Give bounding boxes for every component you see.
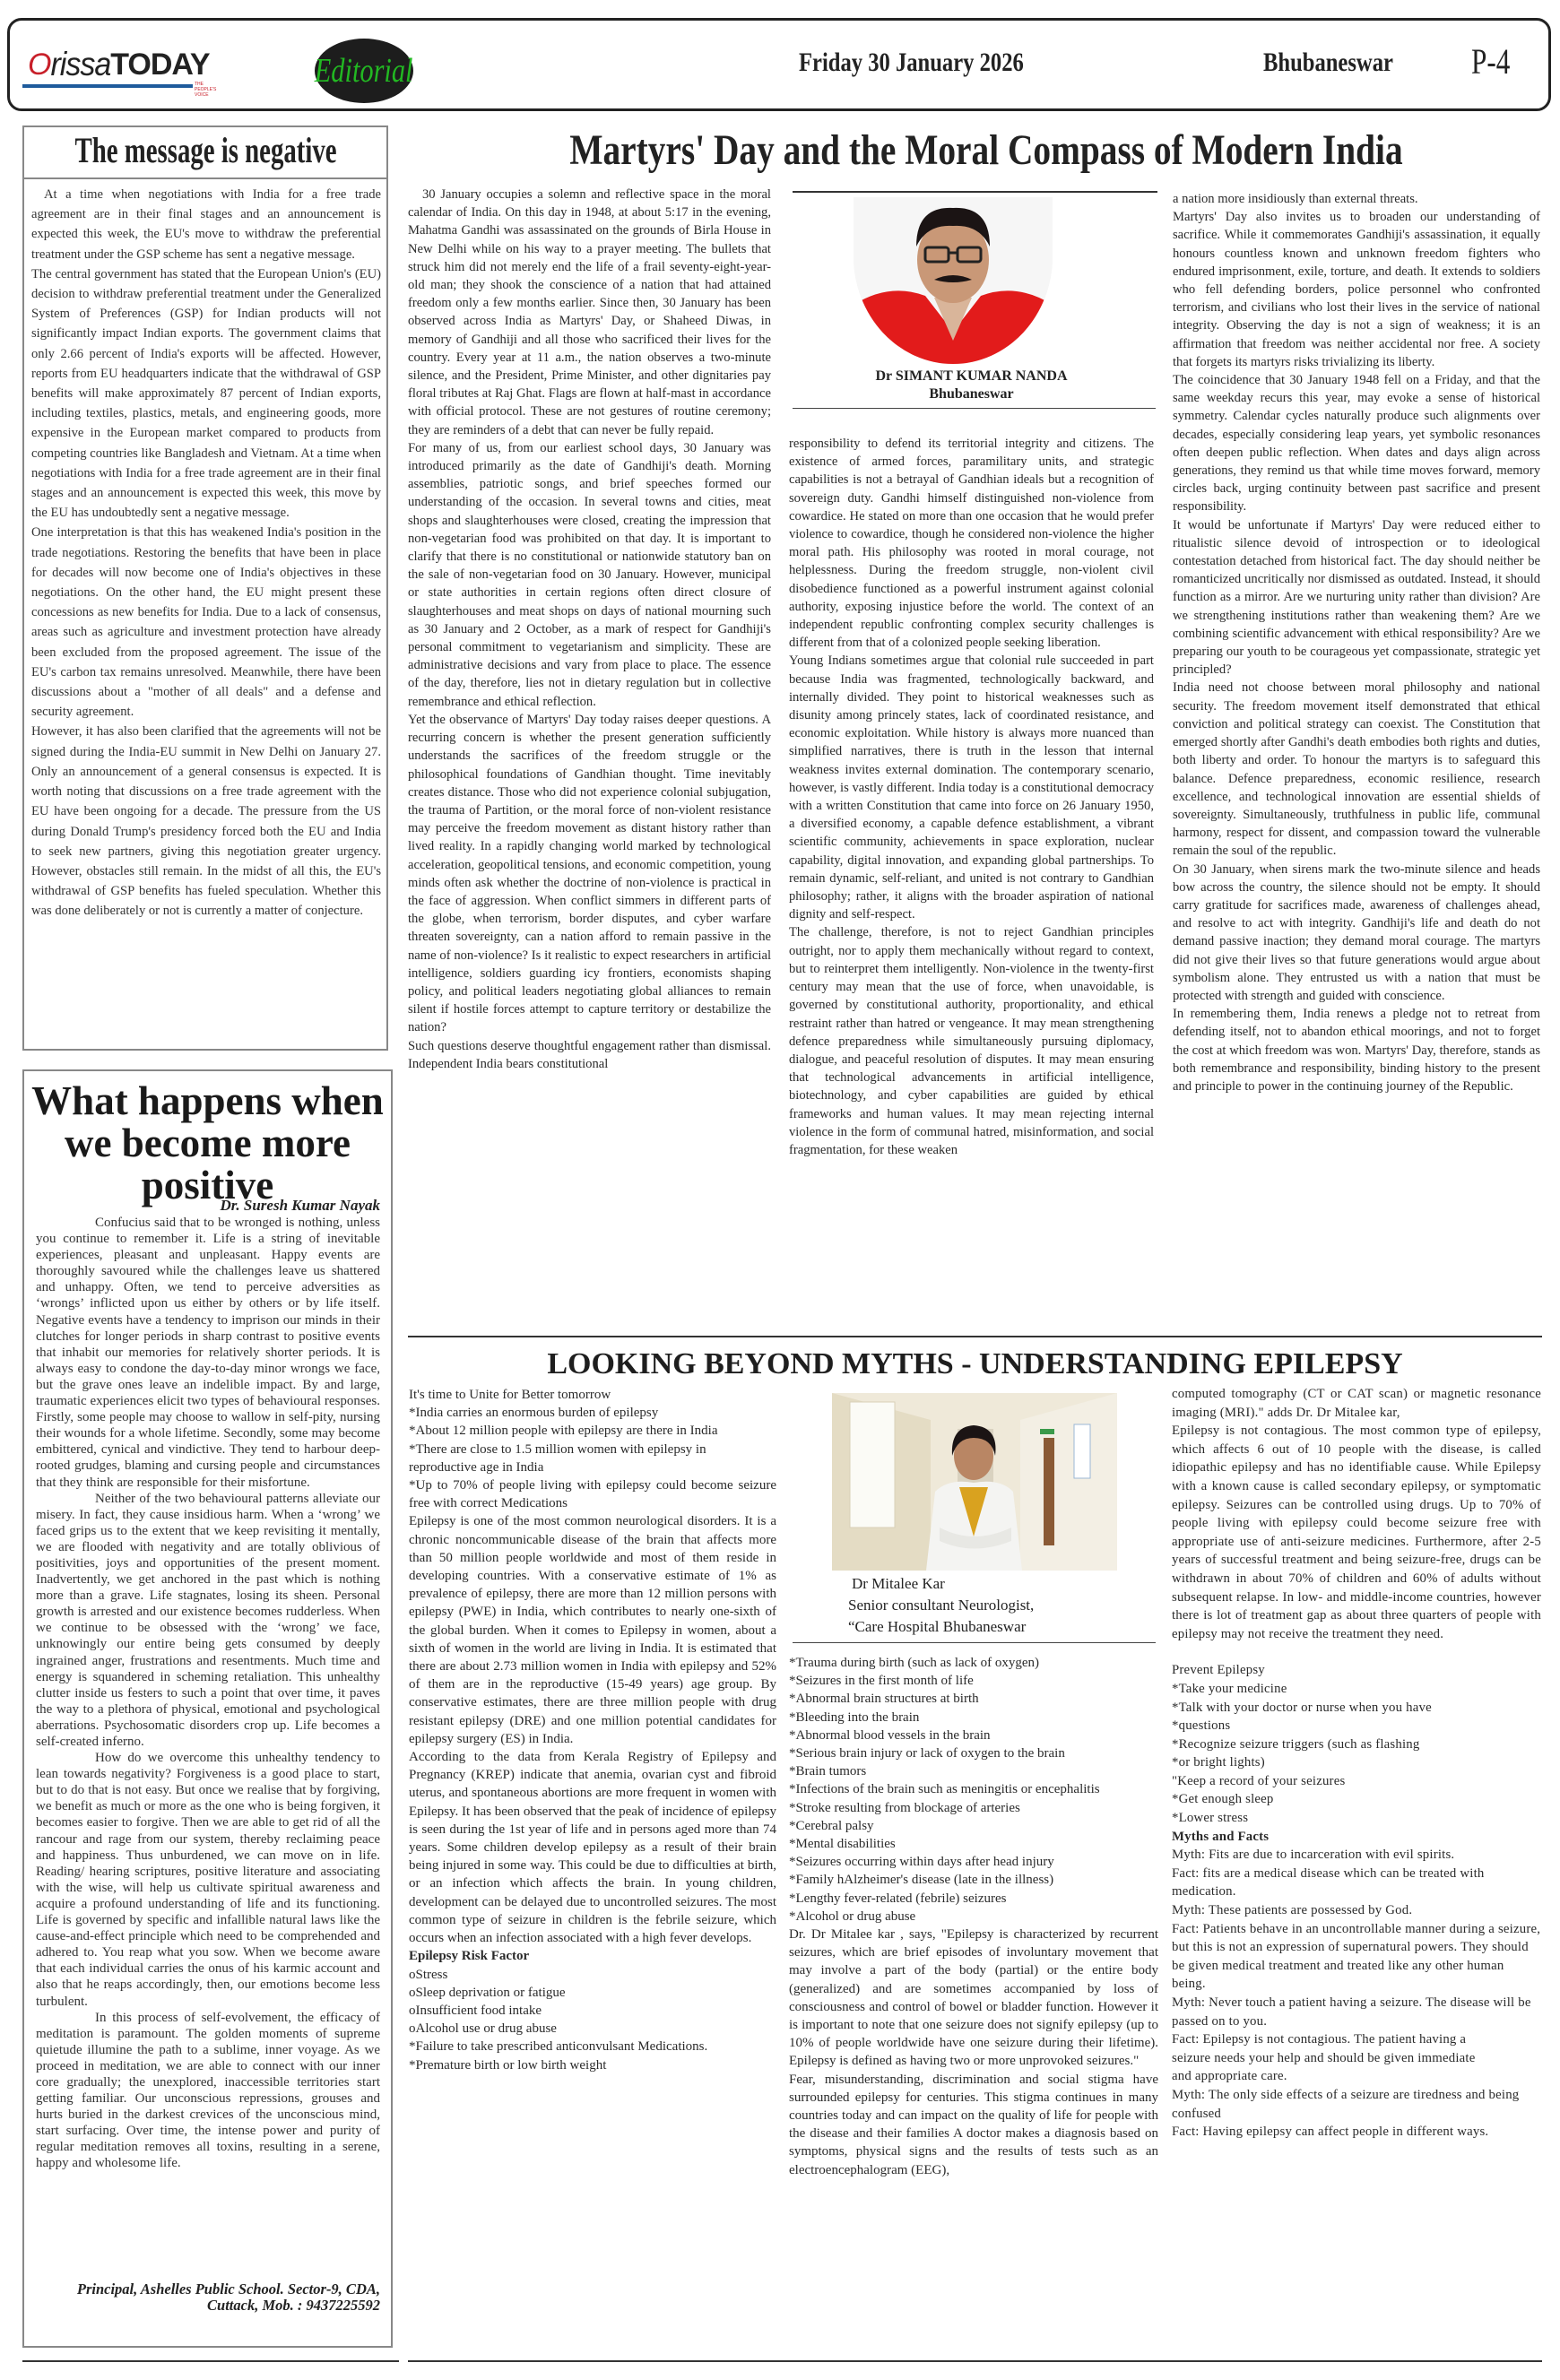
paragraph: India need not choose between moral phil…: [1173, 679, 1540, 860]
paragraph: Martyrs' Day also invites us to broaden …: [1173, 208, 1540, 371]
prevent-item: *questions: [1172, 1717, 1541, 1735]
paragraph: Dr. Dr Mitalee kar , says, "Epilepsy is …: [789, 1926, 1158, 2071]
intro-line: It's time to Unite for Better tomorrow: [409, 1386, 776, 1404]
author-name: Dr SIMANT KUMAR NANDA: [789, 368, 1154, 385]
doctor-portrait-icon: [832, 1393, 1117, 1571]
doctor-name: Dr Mitalee Kar: [848, 1573, 1034, 1595]
cause-item: *Brain tumors: [789, 1762, 1158, 1780]
cause-item: *Lengthy fever-related (febrile) seizure…: [789, 1890, 1158, 1908]
divider: [793, 1642, 1156, 1643]
prevent-item: "Keep a record of your seizures: [1172, 1772, 1541, 1791]
myth-fact-item: Myth: The only side effects of a seizure…: [1172, 2086, 1541, 2123]
divider: [793, 408, 1156, 409]
martyrs-author-credit: Dr SIMANT KUMAR NANDA Bhubaneswar: [789, 368, 1154, 403]
paragraph: responsibility to defend its territorial…: [789, 435, 1154, 652]
author-portrait-icon: [854, 197, 1053, 364]
paragraph: Confucius said that to be wronged is not…: [36, 1215, 380, 1491]
myths-heading: Myths and Facts: [1172, 1828, 1541, 1847]
doctor-hospital: “Care Hospital Bhubaneswar: [848, 1616, 1034, 1638]
risk-factor-item: *Premature birth or low birth weight: [409, 2056, 776, 2074]
paragraph: On 30 January, when sirens mark the two-…: [1173, 861, 1540, 1006]
martyrs-column-3: a nation more insidiously than external …: [1173, 190, 1540, 1095]
editorial-negative-title: The message is negative: [75, 127, 336, 174]
martyrs-column-2: responsibility to defend its territorial…: [789, 435, 1154, 1159]
martyrs-column-1: 30 January occupies a solemn and reflect…: [408, 186, 771, 1073]
signature-line: Principal, Ashelles Public School. Secto…: [77, 2281, 380, 2298]
myth-fact-item: Myth: These patients are possessed by Go…: [1172, 1901, 1541, 1920]
paragraph: Yet the observance of Martyrs' Day today…: [408, 711, 771, 1037]
section-label: Editorial: [315, 51, 413, 91]
intro-line: *There are close to 1.5 million women wi…: [409, 1441, 776, 1476]
prevent-heading: Prevent Epilepsy: [1172, 1661, 1541, 1680]
doctor-title: Senior consultant Neurologist,: [848, 1595, 1034, 1616]
prevent-item: *Talk with your doctor or nurse when you…: [1172, 1699, 1541, 1718]
paragraph: Fear, misunderstanding, discrimination a…: [789, 2071, 1158, 2179]
cause-item: *Serious brain injury or lack of oxygen …: [789, 1744, 1158, 1762]
risk-factor-item: oAlcohol use or drug abuse: [409, 2020, 776, 2038]
cause-item: *Cerebral palsy: [789, 1817, 1158, 1835]
risk-factor-item: oSleep deprivation or fatigue: [409, 1984, 776, 2002]
bottom-divider: [408, 2360, 1542, 2362]
paragraph: However, it has also been clarified that…: [31, 722, 381, 921]
paragraph: The coincidence that 30 January 1948 fel…: [1173, 371, 1540, 516]
myth-fact-item: and appropriate care.: [1172, 2067, 1541, 2086]
paragraph: computed tomography (CT or CAT scan) or …: [1172, 1385, 1541, 1422]
risk-factor-item: oInsufficient food intake: [409, 2002, 776, 2020]
myth-fact-item: Myth: Fits are due to incarceration with…: [1172, 1846, 1541, 1865]
positive-article-body: Confucius said that to be wronged is not…: [36, 1215, 380, 2172]
myth-fact-item: Fact: fits are a medical disease which c…: [1172, 1865, 1541, 1901]
paragraph: One interpretation is that this has weak…: [31, 523, 381, 722]
section-divider: [408, 1336, 1542, 1337]
cause-item: *Abnormal brain structures at birth: [789, 1690, 1158, 1708]
positive-article-title: What happens when we become more positiv…: [24, 1080, 391, 1207]
paragraph: In this process of self-evolvement, the …: [36, 2010, 380, 2172]
risk-factor-item: oStress: [409, 1966, 776, 1984]
cause-item: *Stroke resulting from blockage of arter…: [789, 1799, 1158, 1817]
cause-item: *Mental disabilities: [789, 1835, 1158, 1853]
logo-prefix: O: [28, 48, 50, 82]
paragraph: For many of us, from our earliest school…: [408, 439, 771, 711]
intro-line: *Up to 70% of people living with epileps…: [409, 1476, 776, 1512]
positive-article-signature: Principal, Ashelles Public School. Secto…: [77, 2281, 380, 2314]
author-location: Bhubaneswar: [789, 385, 1154, 403]
logo-underline: [22, 84, 193, 88]
logo-middle: rissa: [50, 44, 110, 85]
prevent-item: *Get enough sleep: [1172, 1790, 1541, 1809]
cause-item: *Seizures in the first month of life: [789, 1672, 1158, 1690]
paragraph: Epilepsy is one of the most common neuro…: [409, 1512, 776, 1748]
paragraph: Such questions deserve thoughtful engage…: [408, 1037, 771, 1073]
edition-city: Bhubaneswar: [1263, 48, 1393, 78]
intro-line: *About 12 million people with epilepsy a…: [409, 1422, 776, 1440]
spacer: [1172, 1643, 1541, 1661]
divider: [22, 2360, 399, 2362]
prevent-item: *or bright lights): [1172, 1753, 1541, 1772]
epilepsy-column-2: *Trauma during birth (such as lack of ox…: [789, 1654, 1158, 2179]
cause-item: *Alcohol or drug abuse: [789, 1908, 1158, 1926]
myth-fact-item: Fact: Having epilepsy can affect people …: [1172, 2123, 1541, 2142]
paragraph: According to the data from Kerala Regist…: [409, 1748, 776, 1947]
editorial-negative-body: At a time when negotiations with India f…: [31, 185, 381, 922]
masthead: OrissaTODAY THE PEOPLE'S VOICE Editorial…: [7, 18, 1551, 111]
orissa-today-logo[interactable]: OrissaTODAY THE PEOPLE'S VOICE: [22, 46, 211, 89]
signature-line: Cuttack, Mob. : 9437225592: [77, 2298, 380, 2314]
positive-article-box: What happens when we become more positiv…: [22, 1069, 393, 2348]
paragraph: In remembering them, India renews a pled…: [1173, 1005, 1540, 1095]
epilepsy-column-1: It's time to Unite for Better tomorrow *…: [409, 1386, 776, 2074]
cause-item: *Trauma during birth (such as lack of ox…: [789, 1654, 1158, 1672]
intro-line: *India carries an enormous burden of epi…: [409, 1404, 776, 1422]
epilepsy-column-3: computed tomography (CT or CAT scan) or …: [1172, 1385, 1541, 2142]
cause-item: *Bleeding into the brain: [789, 1709, 1158, 1727]
doctor-caption: Dr Mitalee Kar Senior consultant Neurolo…: [848, 1573, 1034, 1638]
prevent-item: *Take your medicine: [1172, 1680, 1541, 1699]
cause-item: *Seizures occurring within days after he…: [789, 1853, 1158, 1871]
doctor-photo: [832, 1393, 1117, 1571]
cause-item: *Family hAlzheimer's disease (late in th…: [789, 1871, 1158, 1889]
risk-factor-item: *Failure to take prescribed anticonvulsa…: [409, 2038, 776, 2055]
positive-article-byline: Dr. Suresh Kumar Nayak: [220, 1197, 380, 1215]
myth-fact-item: Myth: Never touch a patient having a sei…: [1172, 1994, 1541, 2030]
section-badge: Editorial: [315, 39, 413, 103]
paragraph: Epilepsy is not contagious. The most com…: [1172, 1422, 1541, 1643]
paragraph: How do we overcome this unhealthy tenden…: [36, 1750, 380, 2010]
martyrs-article-title: Martyrs' Day and the Moral Compass of Mo…: [523, 125, 1449, 176]
paragraph: Young Indians sometimes argue that colon…: [789, 652, 1154, 923]
myth-fact-item: seizure needs your help and should be gi…: [1172, 2049, 1541, 2068]
cause-item: *Abnormal blood vessels in the brain: [789, 1727, 1158, 1744]
editorial-negative-header: The message is negative: [24, 127, 386, 179]
epilepsy-article-title: LOOKING BEYOND MYTHS - UNDERSTANDING EPI…: [408, 1346, 1542, 1382]
paragraph: 30 January occupies a solemn and reflect…: [408, 186, 771, 439]
paragraph: Neither of the two behavioural patterns …: [36, 1491, 380, 1751]
logo-suffix: TODAY: [110, 48, 209, 82]
divider: [793, 191, 1157, 193]
author-photo-frame: [854, 197, 1053, 364]
paragraph: The challenge, therefore, is not to reje…: [789, 923, 1154, 1159]
editorial-negative-box: The message is negative At a time when n…: [22, 125, 388, 1051]
paragraph: The central government has stated that t…: [31, 264, 381, 524]
author-photo: [854, 197, 1053, 364]
cause-item: *Infections of the brain such as meningi…: [789, 1780, 1158, 1798]
paragraph: a nation more insidiously than external …: [1173, 190, 1540, 208]
page-number: P-4: [1471, 40, 1510, 82]
issue-date: Friday 30 January 2026: [799, 48, 1024, 78]
logo-text: OrissaTODAY: [28, 46, 210, 83]
prevent-item: *Recognize seizure triggers (such as fla…: [1172, 1735, 1541, 1754]
logo-tagline: THE PEOPLE'S VOICE: [195, 82, 216, 98]
risk-factor-heading: Epilepsy Risk Factor: [409, 1947, 776, 1965]
myth-fact-item: Fact: Patients behave in an uncontrollab…: [1172, 1920, 1541, 1994]
prevent-item: *Lower stress: [1172, 1809, 1541, 1828]
myth-fact-item: Fact: Epilepsy is not contagious. The pa…: [1172, 2030, 1541, 2049]
paragraph: At a time when negotiations with India f…: [31, 185, 381, 264]
paragraph: It would be unfortunate if Martyrs' Day …: [1173, 516, 1540, 679]
